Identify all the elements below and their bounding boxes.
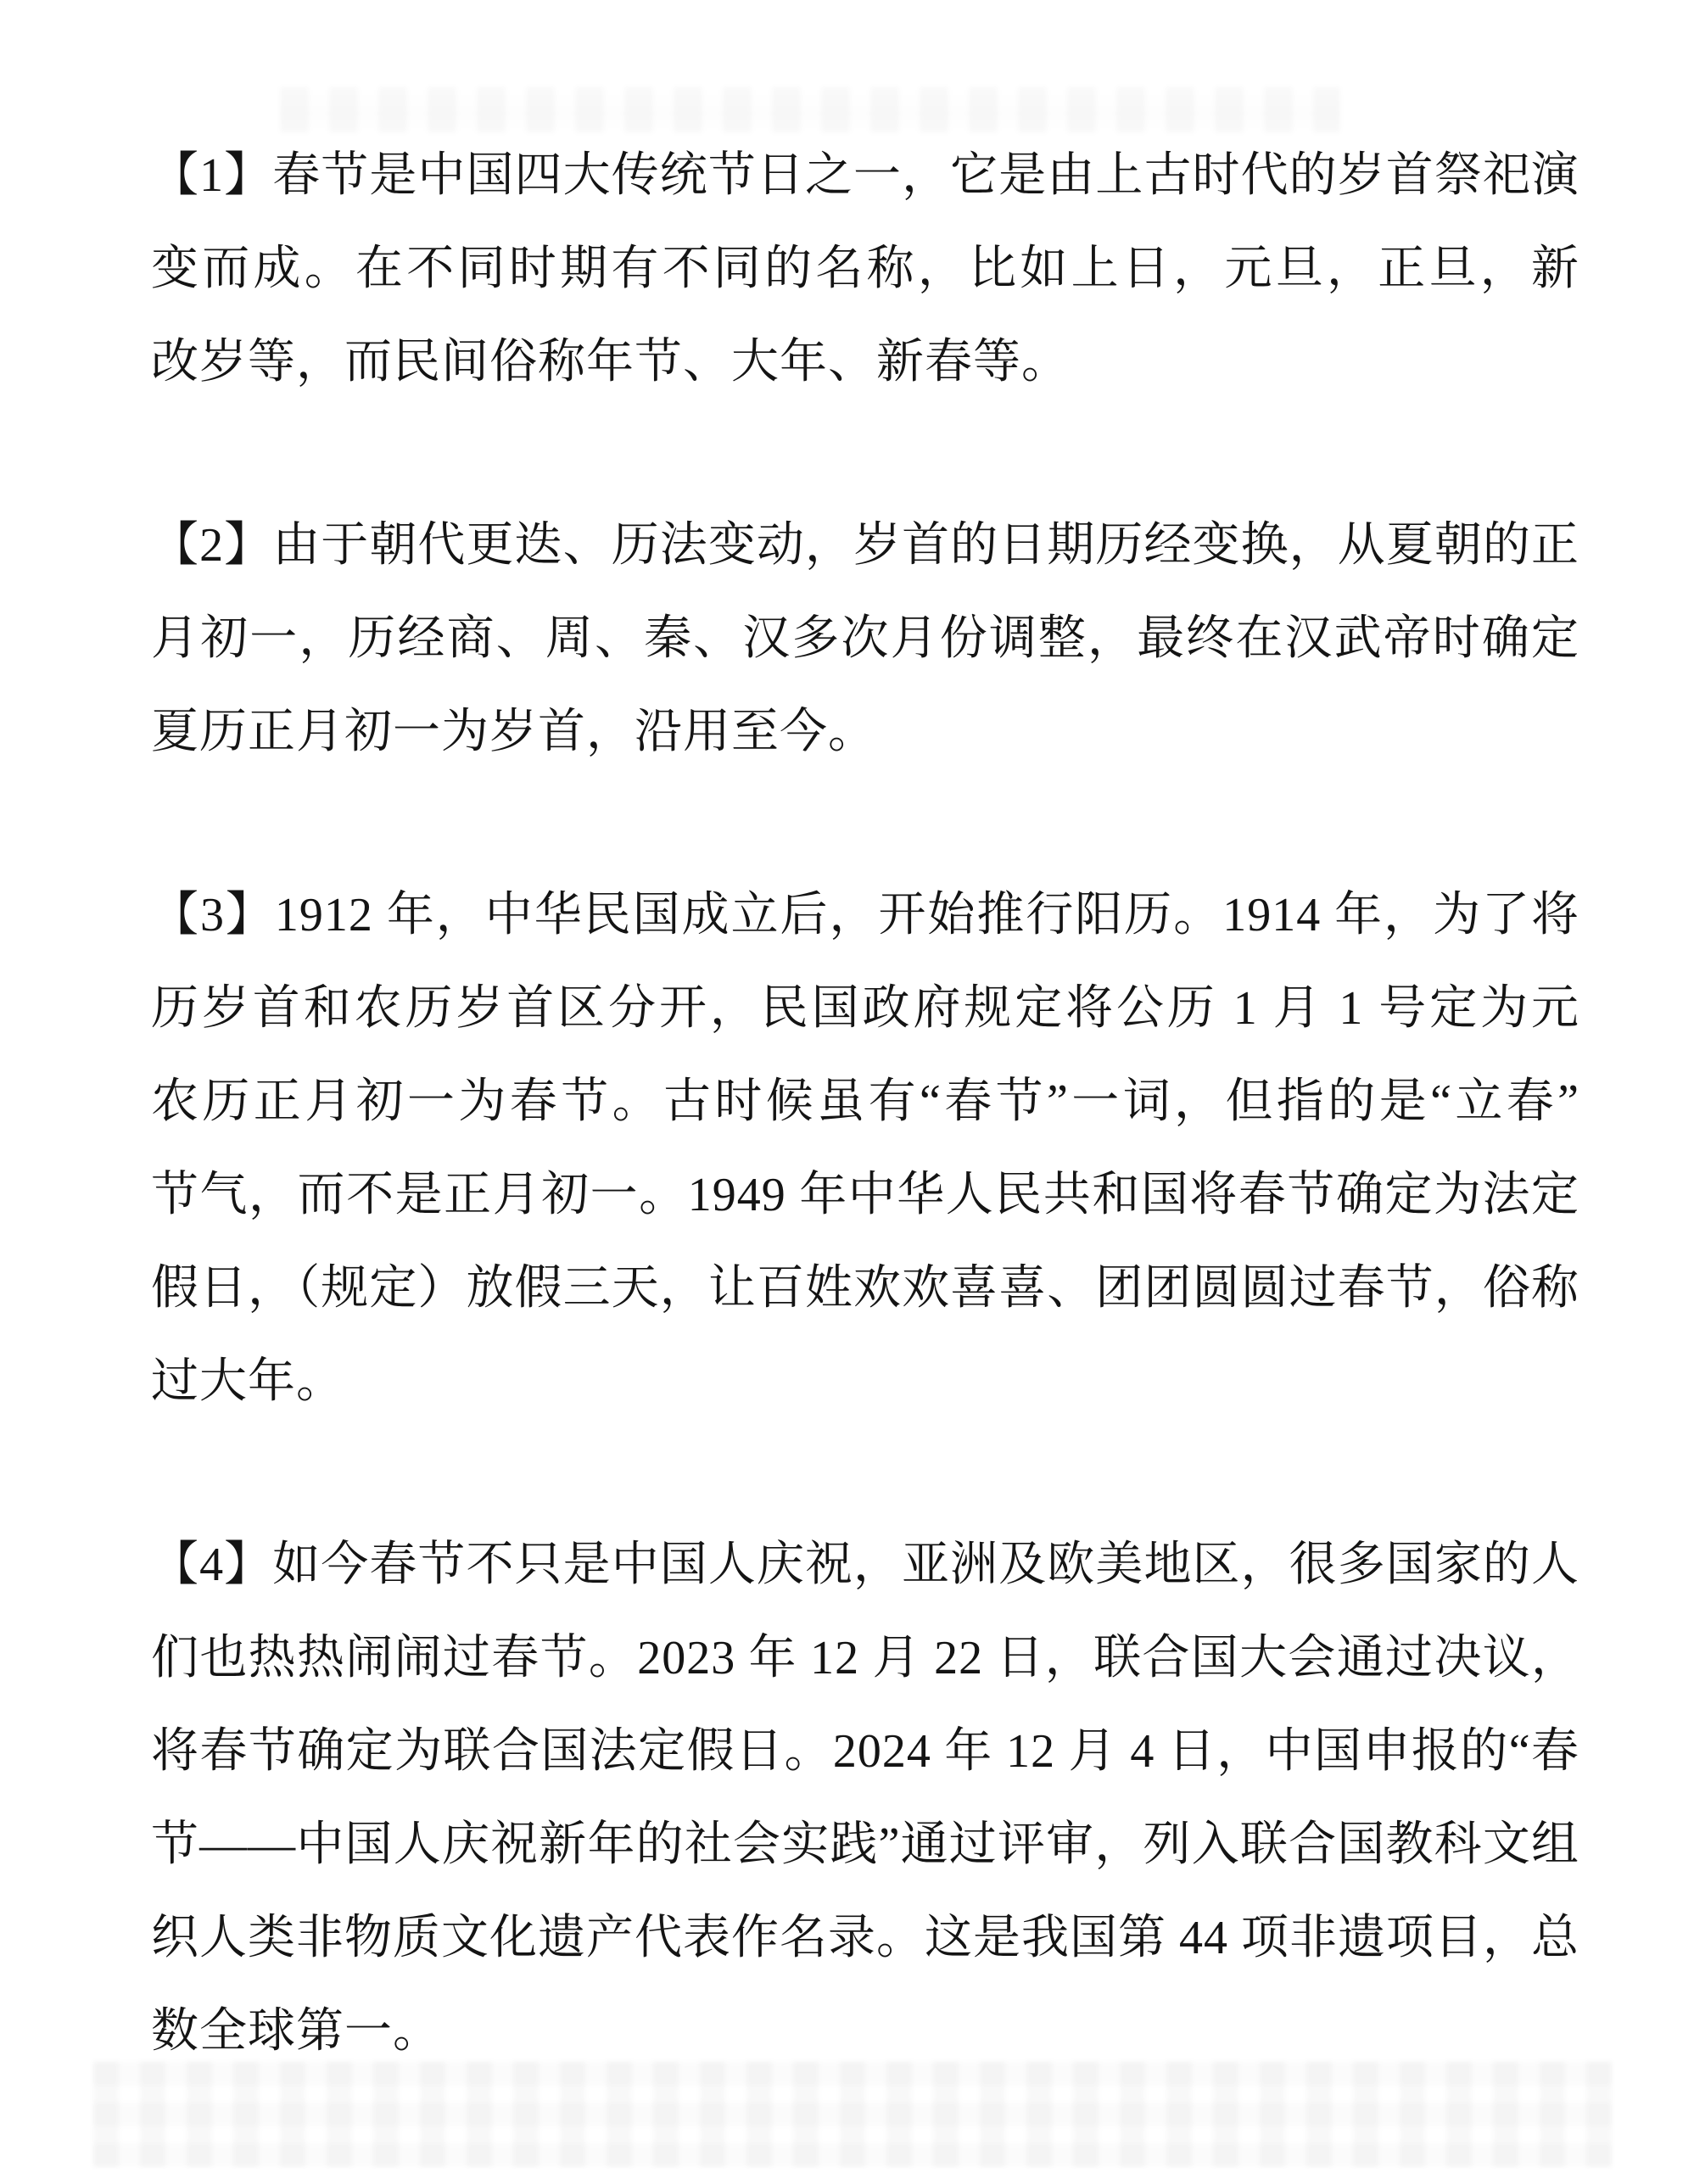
text-line: 将春节确定为联合国法定假日。2024 年 12 月 4 日，中国申报的“春 xyxy=(151,1705,1579,1798)
text-line: 月初一，历经商、周、秦、汉多次月份调整，最终在汉武帝时确定以 xyxy=(151,592,1579,685)
text-line: 过大年。 xyxy=(151,1335,1579,1428)
text-line: 【2】由于朝代更迭、历法变动，岁首的日期历经变换，从夏朝的正 xyxy=(151,499,1579,592)
text-line: 节——中国人庆祝新年的社会实践”通过评审，列入联合国教科文组 xyxy=(151,1798,1579,1891)
text-line: 【1】春节是中国四大传统节日之一，它是由上古时代的岁首祭祀演 xyxy=(151,129,1579,222)
text-line: 【4】如今春节不只是中国人庆祝，亚洲及欧美地区，很多国家的人 xyxy=(151,1518,1579,1611)
paragraph-1: 【1】春节是中国四大传统节日之一，它是由上古时代的岁首祭祀演 变而成。在不同时期… xyxy=(151,129,1579,409)
paragraph-2: 【2】由于朝代更迭、历法变动，岁首的日期历经变换，从夏朝的正 月初一，历经商、周… xyxy=(151,499,1579,779)
text-line: 织人类非物质文化遗产代表作名录。这是我国第 44 项非遗项目，总 xyxy=(151,1891,1579,1985)
scanned-document: { "page": { "background_color": "#ffffff… xyxy=(0,0,1694,2184)
text-line: 数全球第一。 xyxy=(151,1985,1579,2078)
text-line: 假日，（规定）放假三天，让百姓欢欢喜喜、团团圆圆过春节，俗称 xyxy=(151,1242,1579,1335)
document-page: 【1】春节是中国四大传统节日之一，它是由上古时代的岁首祭祀演 变而成。在不同时期… xyxy=(0,0,1694,2184)
paragraph-3: 【3】1912 年，中华民国成立后，开始推行阳历。1914 年，为了将公 历岁首… xyxy=(151,869,1579,1428)
text-line: 变而成。在不同时期有不同的名称，比如上日，元旦，正旦，新正， xyxy=(151,222,1579,316)
text-line: 夏历正月初一为岁首，沿用至今。 xyxy=(151,685,1579,779)
text-line: 改岁等，而民间俗称年节、大年、新春等。 xyxy=(151,316,1579,409)
text-line: 【3】1912 年，中华民国成立后，开始推行阳历。1914 年，为了将公 xyxy=(151,869,1579,962)
paragraph-4: 【4】如今春节不只是中国人庆祝，亚洲及欧美地区，很多国家的人 们也热热闹闹过春节… xyxy=(151,1518,1579,2078)
text-line: 们也热热闹闹过春节。2023 年 12 月 22 日，联合国大会通过决议， xyxy=(151,1611,1579,1705)
text-line: 农历正月初一为春节。古时候虽有“春节”一词，但指的是“立春” xyxy=(151,1055,1579,1148)
text-line: 历岁首和农历岁首区分开，民国政府规定将公历 1 月 1 号定为元旦， xyxy=(151,962,1579,1055)
text-line: 节气，而不是正月初一。1949 年中华人民共和国将春节确定为法定 xyxy=(151,1148,1579,1242)
